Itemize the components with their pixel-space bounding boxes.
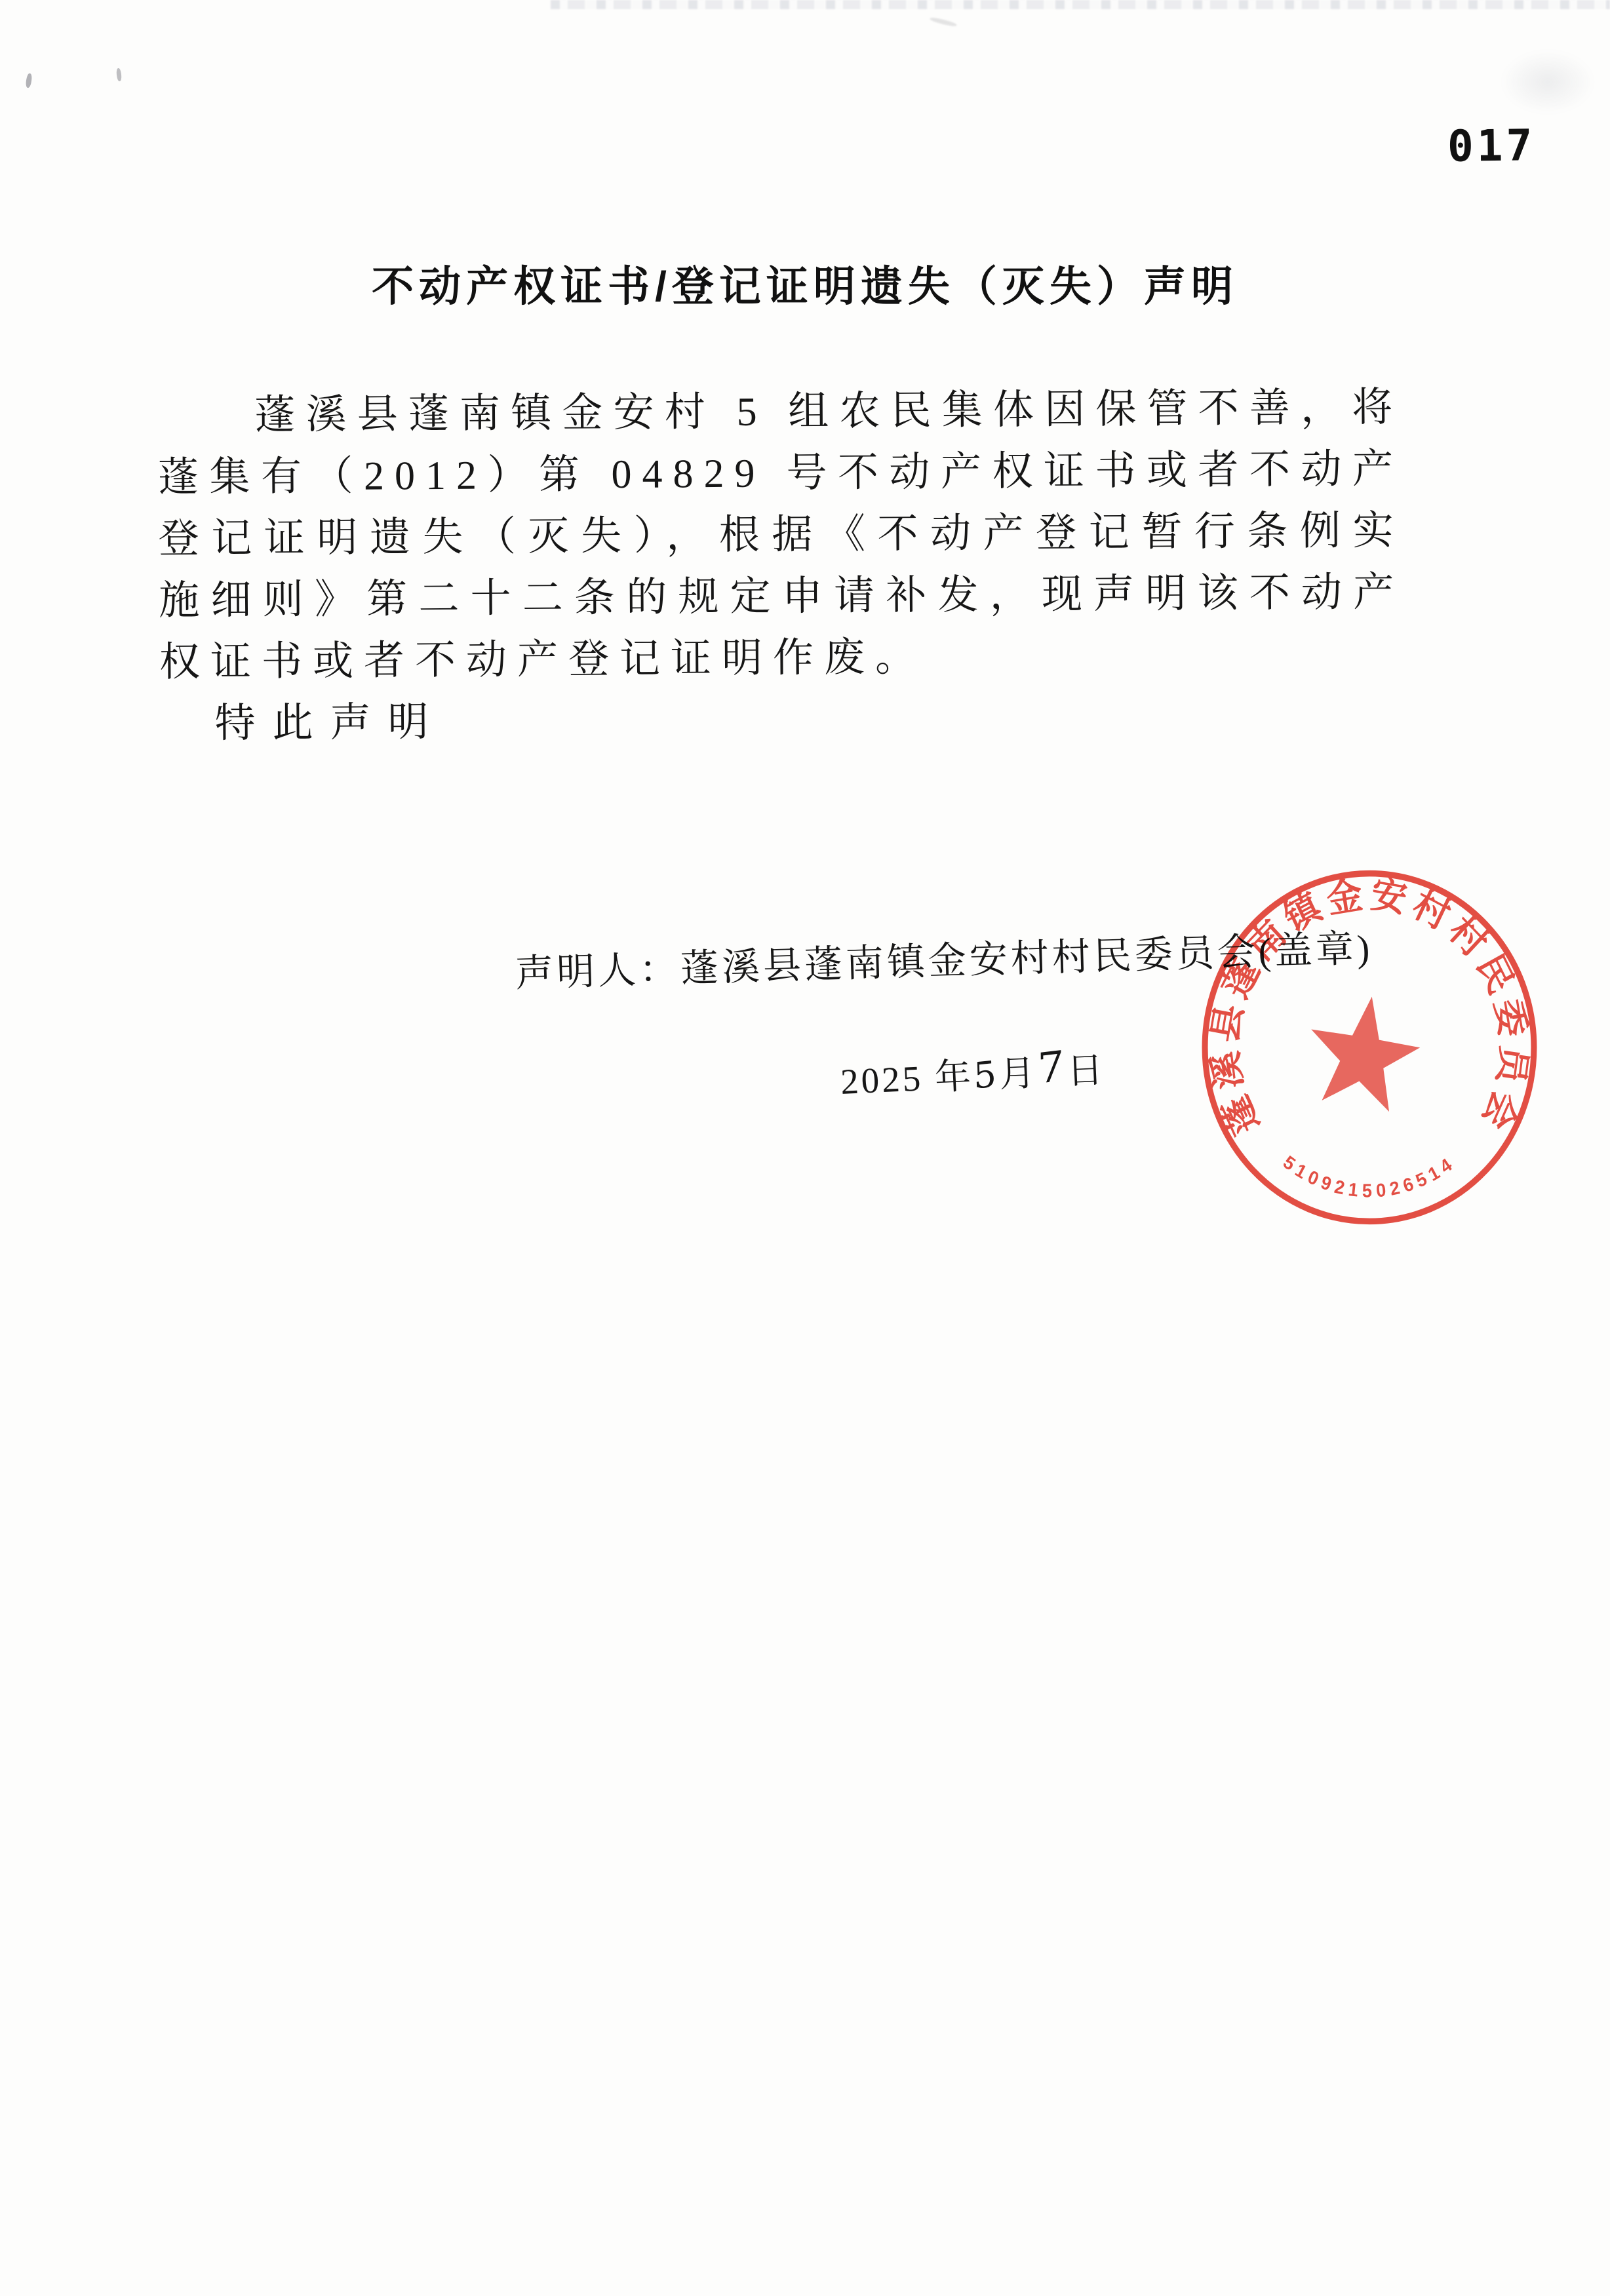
seal-serial-number: 5109215026514 [1280,1152,1459,1201]
scan-speck [26,73,33,88]
paragraph-line: 登记证明遗失（灭失），根据《不动产登记暂行条例实 [158,500,1404,570]
seal-star-icon [1301,988,1426,1116]
date-month-handwritten: 5 [973,1053,1000,1097]
signatory-name: 蓬溪县蓬南镇金安村村民委员会 [680,930,1259,990]
paragraph-line: 施细则》第二十二条的规定申请补发，现声明该不动产 [159,562,1405,632]
page-number: 017 [1447,120,1536,171]
document-title: 不动产权证书/登记证明遗失（灭失）声明 [0,253,1610,313]
date-year: 2025 [840,1058,924,1102]
date-day-handwritten: 7 [1037,1042,1067,1094]
scan-speck [930,16,957,28]
declaration-closing: 特此声明 [159,685,1405,755]
scan-speck [116,68,122,82]
scanned-document-page: 017 不动产权证书/登记证明遗失（灭失）声明 蓬溪县蓬南镇金安村 5 组农民集… [0,0,1610,2296]
date-month-unit: 月 [998,1053,1039,1095]
official-seal: 蓬溪县蓬南镇金安村村民委员会 5109215026514 [1198,866,1541,1228]
paragraph-line: 蓬溪县蓬南镇金安村 5 组农民集体因保管不善，将 [157,377,1404,447]
paragraph-line: 蓬集有（2012）第 04829 号不动产权证书或者不动产 [158,438,1404,509]
declaration-paragraph: 蓬溪县蓬南镇金安村 5 组农民集体因保管不善，将 蓬集有（2012）第 0482… [157,377,1405,755]
paragraph-line: 权证书或者不动产登记证明作废。 [159,623,1405,693]
official-seal-graphic: 蓬溪县蓬南镇金安村村民委员会 5109215026514 [1198,866,1541,1228]
date-day-unit: 日 [1066,1050,1107,1092]
seal-serial-textpath: 5109215026514 [1280,1152,1459,1201]
scan-corner-smudge [1485,39,1610,125]
signatory-label: 声明人： [515,948,681,995]
date-line: 2025年5月7日 [839,1041,1107,1104]
scan-noise-band [551,0,1610,9]
date-year-unit: 年 [934,1056,975,1098]
